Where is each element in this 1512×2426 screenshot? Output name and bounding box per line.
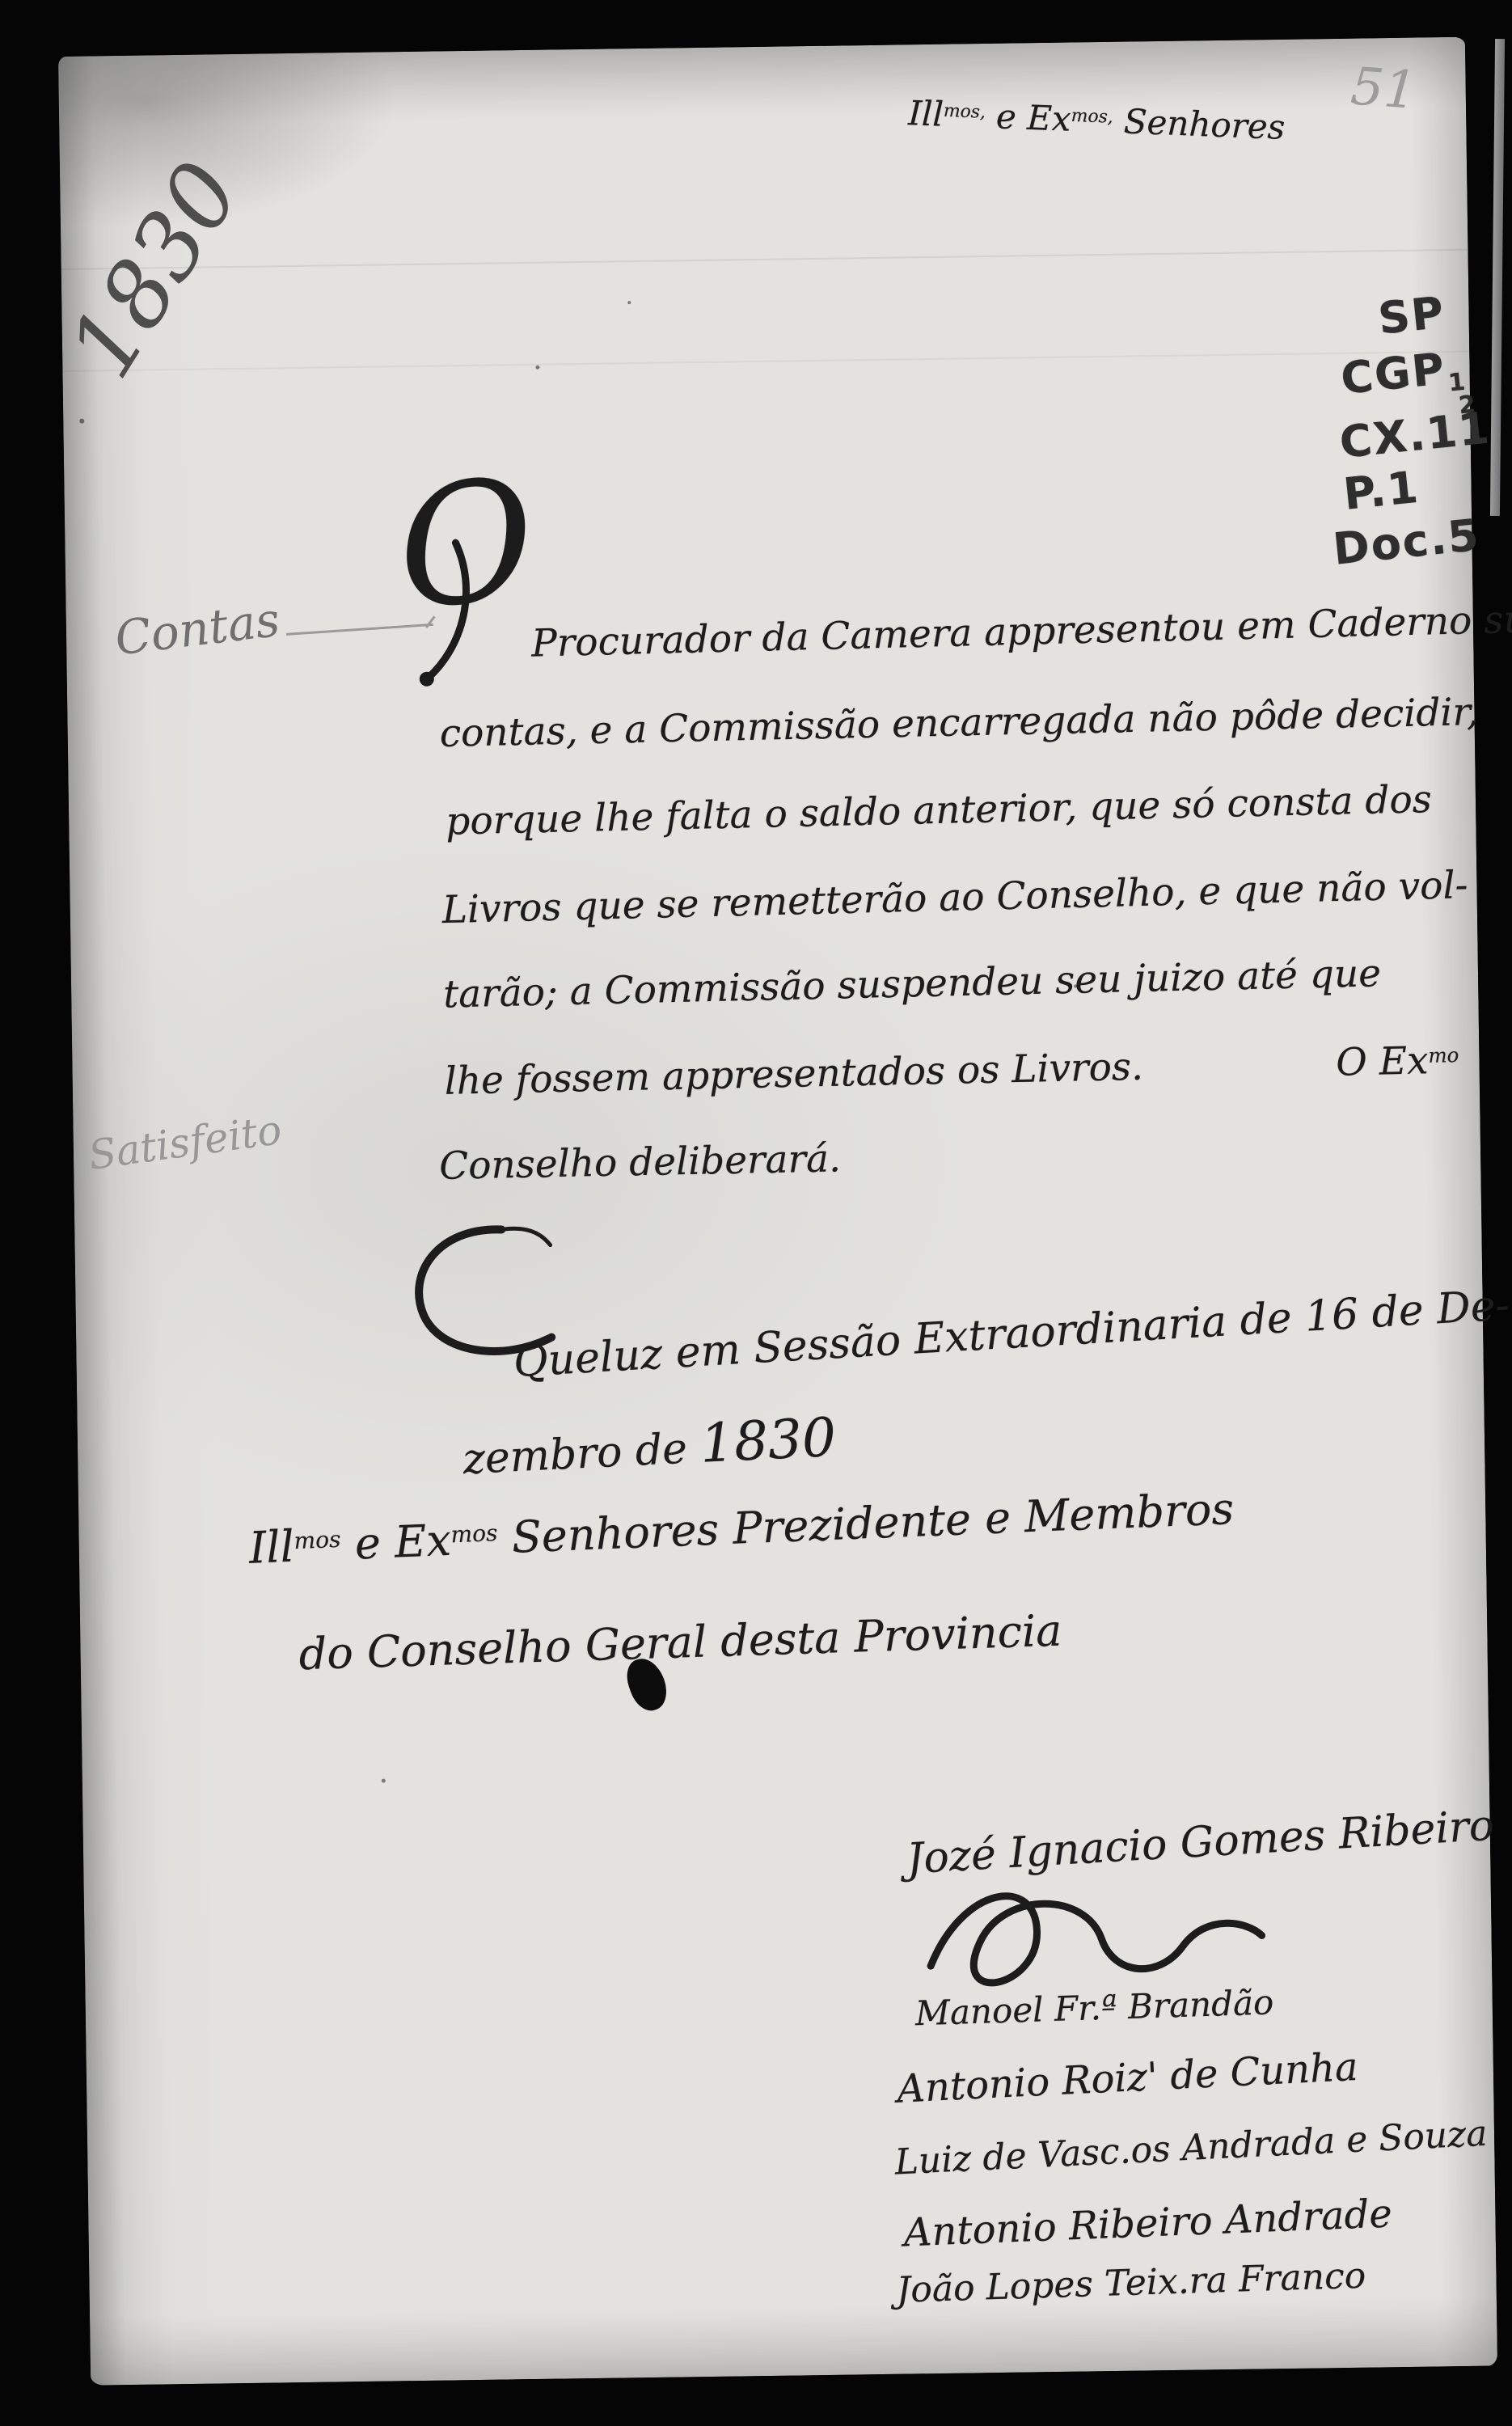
archive-stamp: SP CGP12 CX.11 P.1 Doc.5 — [58, 37, 1465, 57]
stamp-cgp-base: CGP — [1339, 343, 1448, 404]
stamp-line-sp: SP — [1376, 287, 1447, 344]
ink-speck — [627, 301, 631, 304]
body-line: porque lhe falta o saldo anterior, que s… — [446, 777, 1433, 844]
margin-note-contas: Contas — [112, 592, 283, 666]
address-abbrev: mos — [450, 1519, 498, 1548]
signature: Luiz de Vasc.os Andrada e Souza — [893, 2113, 1488, 2183]
fold-line — [62, 351, 1469, 372]
dateline-year: 1830 — [699, 1406, 838, 1475]
ink-speck — [535, 366, 539, 370]
signature: Antonio Roiz' de Cunha — [896, 2044, 1359, 2112]
salutation-abbrev: mos, — [1071, 106, 1113, 128]
dateline-line-2: zembro de 1830 — [461, 1406, 837, 1486]
stamp-line-p: P.1 — [1341, 462, 1422, 520]
dateline-line-1: Queluz em Sessão Extraordinaria de 16 de… — [512, 1281, 1510, 1387]
signature: João Lopes Teix.ra Franco — [896, 2255, 1366, 2311]
exmo-abbreviation: O Exmo — [1336, 1038, 1459, 1085]
stamp-line-doc: Doc.5 — [1331, 509, 1482, 575]
body-line: tarão; a Commissão suspendeu seu juizo a… — [443, 951, 1382, 1016]
paper-sheet: 1830 51 Illmos, e Exmos, Senhores SP CGP… — [58, 37, 1497, 2386]
salutation-text: Senhores — [1113, 101, 1286, 147]
address-abbrev: mos — [294, 1526, 341, 1554]
body-line: lhe fossem appresentados os Livros. O Ex… — [444, 1038, 1459, 1104]
address-text: e Ex — [340, 1515, 452, 1570]
address-text: Ill — [248, 1521, 295, 1574]
address-text: Senhores Prezidente e Membros — [496, 1483, 1235, 1564]
salutation-text: Ill — [907, 93, 944, 134]
body-line-text: lhe fossem appresentados os Livros. — [444, 1045, 1143, 1104]
fold-line — [61, 249, 1468, 270]
salutation-text: e Ex — [985, 96, 1072, 139]
body-line: Procurador da Camera appresentou em Cade… — [531, 596, 1512, 666]
page-number-pencil: 51 — [1349, 57, 1419, 121]
body-line: Conselho deliberará. — [439, 1136, 842, 1189]
salutation-abbrev: mos, — [944, 101, 986, 123]
scan-background: 1830 51 Illmos, e Exmos, Senhores SP CGP… — [0, 0, 1512, 2426]
signature: Antonio Ribeiro Andrade — [903, 2191, 1393, 2255]
ink-speck — [79, 419, 84, 424]
address-line-2: do Conselho Geral desta Provincia — [298, 1605, 1063, 1680]
year-margin-note: 1830 — [49, 145, 260, 395]
body-line: Livros que se remetterão ao Conselho, e … — [441, 863, 1468, 932]
dateline-text: zembro de — [462, 1424, 702, 1484]
body-line: contas, e a Commissão encarregada não pô… — [439, 690, 1479, 756]
page-curl-sliver — [1490, 39, 1505, 516]
ink-speck — [382, 1779, 386, 1783]
drop-cap-flourish — [400, 534, 524, 697]
margin-note-satisfeito: Satisfeito — [86, 1106, 285, 1179]
salutation-line: Illmos, e Exmos, Senhores — [907, 93, 1286, 147]
address-line-1: Illmos e Exmos Senhores Prezidente e Mem… — [248, 1483, 1235, 1574]
